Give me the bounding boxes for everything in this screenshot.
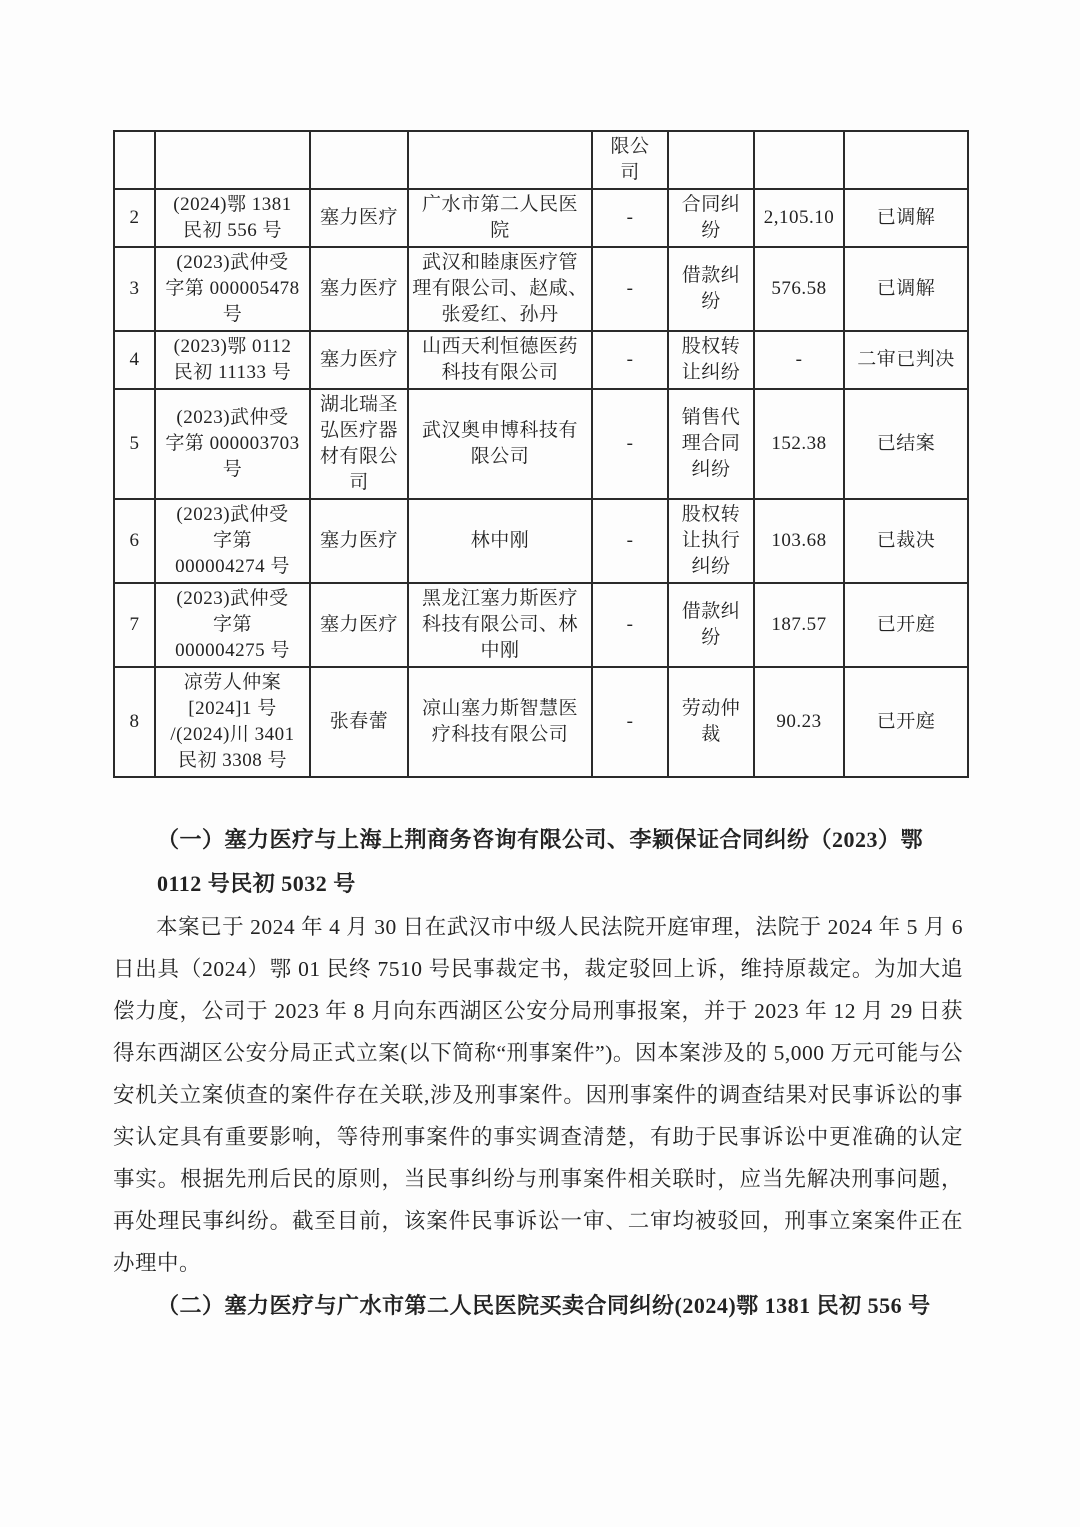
cell-status: 已调解 xyxy=(844,189,968,247)
cell-amount: 576.58 xyxy=(754,247,844,331)
cell-index: 2 xyxy=(114,189,155,247)
cell-case-number: (2024)鄂 1381 民初 556 号 xyxy=(155,189,310,247)
cell-amount: 187.57 xyxy=(754,583,844,667)
cell-case-number: (2023)武仲受 字第 000003703 号 xyxy=(155,389,310,499)
table-row-continuation: 限公 司 xyxy=(114,131,968,189)
cell-applicant: 湖北瑞圣 弘医疗器 材有限公 司 xyxy=(310,389,408,499)
cell-third-party: - xyxy=(592,247,668,331)
cell-index xyxy=(114,131,155,189)
cell-case-number: (2023)鄂 0112 民初 11133 号 xyxy=(155,331,310,389)
cell-index: 4 xyxy=(114,331,155,389)
cell-status xyxy=(844,131,968,189)
cell-amount: 90.23 xyxy=(754,667,844,777)
cell-case-number: (2023)武仲受 字第 000005478 号 xyxy=(155,247,310,331)
section-2-heading: （二）塞力医疗与广水市第二人民医院买卖合同纠纷(2024)鄂 1381 民初 5… xyxy=(157,1284,963,1328)
table-row-7: 7 (2023)武仲受 字第 000004275 号 塞力医疗 黑龙江塞力斯医疗… xyxy=(114,583,968,667)
litigation-case-table: 限公 司 2 (2024)鄂 1381 民初 556 号 塞力医疗 广水市第二人… xyxy=(113,130,969,778)
cell-applicant: 张春蕾 xyxy=(310,667,408,777)
cell-third-party: - xyxy=(592,667,668,777)
cell-third-party: - xyxy=(592,189,668,247)
cell-respondent xyxy=(408,131,592,189)
cell-respondent: 广水市第二人民医 院 xyxy=(408,189,592,247)
cell-index: 8 xyxy=(114,667,155,777)
body-text: （一）塞力医疗与上海上荆商务咨询有限公司、李颖保证合同纠纷（2023）鄂 011… xyxy=(113,818,963,1328)
cell-status: 已开庭 xyxy=(844,583,968,667)
table-row-4: 4 (2023)鄂 0112 民初 11133 号 塞力医疗 山西天利恒德医药 … xyxy=(114,331,968,389)
cell-cause: 股权转 让执行 纠纷 xyxy=(668,499,754,583)
cell-respondent: 林中刚 xyxy=(408,499,592,583)
cell-case-number: 凉劳人仲案 [2024]1 号 /(2024)川 3401 民初 3308 号 xyxy=(155,667,310,777)
cell-third-party: - xyxy=(592,331,668,389)
cell-respondent: 武汉奥申博科技有 限公司 xyxy=(408,389,592,499)
table-row-3: 3 (2023)武仲受 字第 000005478 号 塞力医疗 武汉和睦康医疗管… xyxy=(114,247,968,331)
cell-case-number: (2023)武仲受 字第 000004274 号 xyxy=(155,499,310,583)
section-1-paragraph: 本案已于 2024 年 4 月 30 日在武汉市中级人民法院开庭审理，法院于 2… xyxy=(113,906,963,1284)
cell-cause: 股权转 让纠纷 xyxy=(668,331,754,389)
cell-index: 6 xyxy=(114,499,155,583)
cell-third-party: - xyxy=(592,389,668,499)
cell-cause: 借款纠 纷 xyxy=(668,247,754,331)
cell-amount: - xyxy=(754,331,844,389)
cell-status: 已裁决 xyxy=(844,499,968,583)
document-page: 限公 司 2 (2024)鄂 1381 民初 556 号 塞力医疗 广水市第二人… xyxy=(0,0,1080,1527)
cell-amount: 103.68 xyxy=(754,499,844,583)
cell-third-party: - xyxy=(592,583,668,667)
cell-status: 二审已判决 xyxy=(844,331,968,389)
cell-amount xyxy=(754,131,844,189)
cell-third-party: - xyxy=(592,499,668,583)
cell-applicant: 塞力医疗 xyxy=(310,583,408,667)
cell-cause xyxy=(668,131,754,189)
cell-applicant: 塞力医疗 xyxy=(310,331,408,389)
cell-respondent: 武汉和睦康医疗管 理有限公司、赵咸、 张爱红、孙丹 xyxy=(408,247,592,331)
cell-third-party: 限公 司 xyxy=(592,131,668,189)
cell-cause: 劳动仲 裁 xyxy=(668,667,754,777)
cell-cause: 借款纠 纷 xyxy=(668,583,754,667)
cell-status: 已结案 xyxy=(844,389,968,499)
cell-index: 5 xyxy=(114,389,155,499)
cell-case-number xyxy=(155,131,310,189)
cell-amount: 2,105.10 xyxy=(754,189,844,247)
section-1-heading: （一）塞力医疗与上海上荆商务咨询有限公司、李颖保证合同纠纷（2023）鄂 011… xyxy=(157,818,963,906)
cell-respondent: 山西天利恒德医药 科技有限公司 xyxy=(408,331,592,389)
cell-applicant: 塞力医疗 xyxy=(310,189,408,247)
cell-applicant: 塞力医疗 xyxy=(310,247,408,331)
table-row-6: 6 (2023)武仲受 字第 000004274 号 塞力医疗 林中刚 - 股权… xyxy=(114,499,968,583)
cell-status: 已开庭 xyxy=(844,667,968,777)
cell-applicant xyxy=(310,131,408,189)
cell-index: 3 xyxy=(114,247,155,331)
cell-amount: 152.38 xyxy=(754,389,844,499)
cell-index: 7 xyxy=(114,583,155,667)
cell-status: 已调解 xyxy=(844,247,968,331)
cell-respondent: 凉山塞力斯智慧医 疗科技有限公司 xyxy=(408,667,592,777)
cell-cause: 合同纠 纷 xyxy=(668,189,754,247)
table-row-5: 5 (2023)武仲受 字第 000003703 号 湖北瑞圣 弘医疗器 材有限… xyxy=(114,389,968,499)
cell-respondent: 黑龙江塞力斯医疗 科技有限公司、林 中刚 xyxy=(408,583,592,667)
cell-cause: 销售代 理合同 纠纷 xyxy=(668,389,754,499)
table-row-2: 2 (2024)鄂 1381 民初 556 号 塞力医疗 广水市第二人民医 院 … xyxy=(114,189,968,247)
table-row-8: 8 凉劳人仲案 [2024]1 号 /(2024)川 3401 民初 3308 … xyxy=(114,667,968,777)
cell-case-number: (2023)武仲受 字第 000004275 号 xyxy=(155,583,310,667)
cell-applicant: 塞力医疗 xyxy=(310,499,408,583)
